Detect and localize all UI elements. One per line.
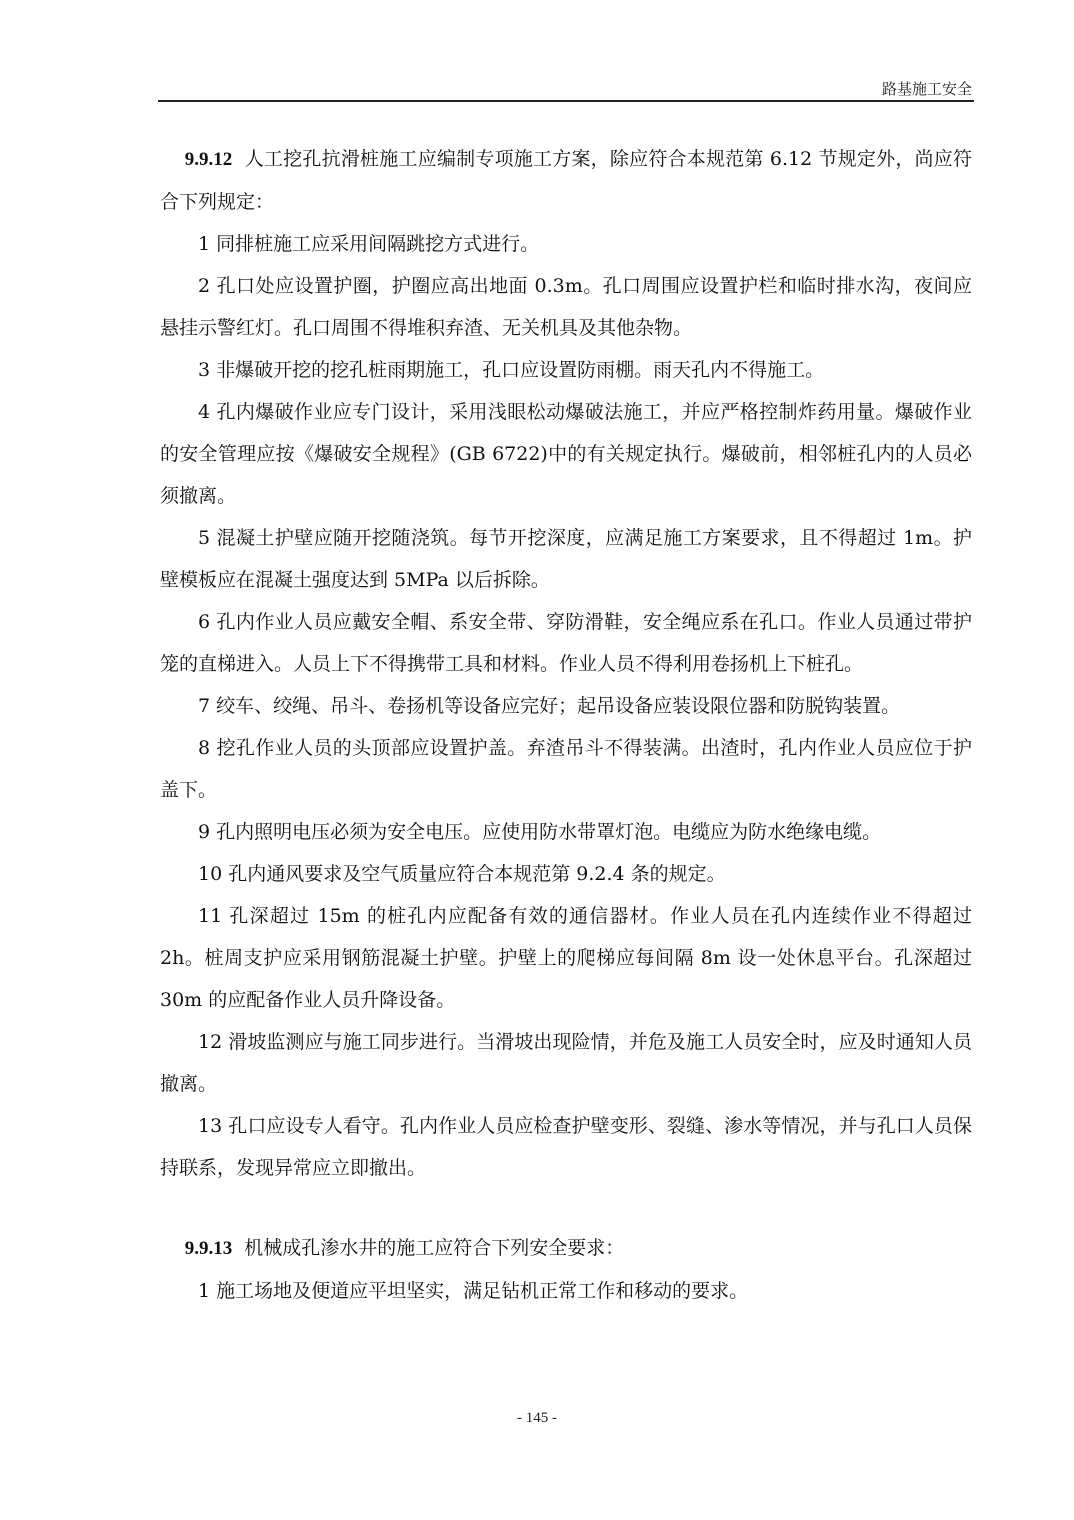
clause-item: 7 绞车、绞绳、吊斗、卷扬机等设备应完好；起吊设备应装设限位器和防脱钩装置。 bbox=[160, 685, 972, 727]
clause-item: 1 同排桩施工应采用间隔跳挖方式进行。 bbox=[160, 223, 972, 265]
header-rule bbox=[158, 100, 974, 102]
section-heading-9-9-12: 9.9.12 人工挖孔抗滑桩施工应编制专项施工方案，除应符合本规范第 6.12 … bbox=[160, 138, 972, 223]
section-number: 9.9.13 bbox=[185, 1238, 233, 1259]
section-title: 人工挖孔抗滑桩施工应编制专项施工方案，除应符合本规范第 6.12 节规定外，尚应… bbox=[160, 148, 972, 213]
clause-item: 3 非爆破开挖的挖孔桩雨期施工，孔口应设置防雨棚。雨天孔内不得施工。 bbox=[160, 349, 972, 391]
section-title: 机械成孔渗水井的施工应符合下列安全要求： bbox=[244, 1237, 624, 1259]
document-body: 9.9.12 人工挖孔抗滑桩施工应编制专项施工方案，除应符合本规范第 6.12 … bbox=[160, 138, 972, 1312]
clause-item: 5 混凝土护壁应随开挖随浇筑。每节开挖深度，应满足施工方案要求，且不得超过 1m… bbox=[160, 517, 972, 601]
section-heading-9-9-13: 9.9.13 机械成孔渗水井的施工应符合下列安全要求： bbox=[160, 1227, 972, 1270]
clause-item: 1 施工场地及便道应平坦坚实，满足钻机正常工作和移动的要求。 bbox=[160, 1270, 972, 1312]
clause-item: 4 孔内爆破作业应专门设计，采用浅眼松动爆破法施工，并应严格控制炸药用量。爆破作… bbox=[160, 391, 972, 517]
clause-item: 6 孔内作业人员应戴安全帽、系安全带、穿防滑鞋，安全绳应系在孔口。作业人员通过带… bbox=[160, 601, 972, 685]
running-header-title: 路基施工安全 bbox=[882, 78, 972, 99]
clause-item: 11 孔深超过 15m 的桩孔内应配备有效的通信器材。作业人员在孔内连续作业不得… bbox=[160, 895, 972, 1021]
clause-item: 2 孔口处应设置护圈，护圈应高出地面 0.3m。孔口周围应设置护栏和临时排水沟，… bbox=[160, 265, 972, 349]
section-number: 9.9.12 bbox=[185, 149, 233, 170]
page-number: - 145 - bbox=[0, 1410, 1074, 1427]
clause-item: 8 挖孔作业人员的头顶部应设置护盖。弃渣吊斗不得装满。出渣时，孔内作业人员应位于… bbox=[160, 727, 972, 811]
clause-item: 12 滑坡监测应与施工同步进行。当滑坡出现险情，并危及施工人员安全时，应及时通知… bbox=[160, 1021, 972, 1105]
clause-item: 9 孔内照明电压必须为安全电压。应使用防水带罩灯泡。电缆应为防水绝缘电缆。 bbox=[160, 811, 972, 853]
section-gap bbox=[160, 1189, 972, 1227]
clause-item: 13 孔口应设专人看守。孔内作业人员应检查护壁变形、裂缝、渗水等情况，并与孔口人… bbox=[160, 1105, 972, 1189]
clause-item: 10 孔内通风要求及空气质量应符合本规范第 9.2.4 条的规定。 bbox=[160, 853, 972, 895]
